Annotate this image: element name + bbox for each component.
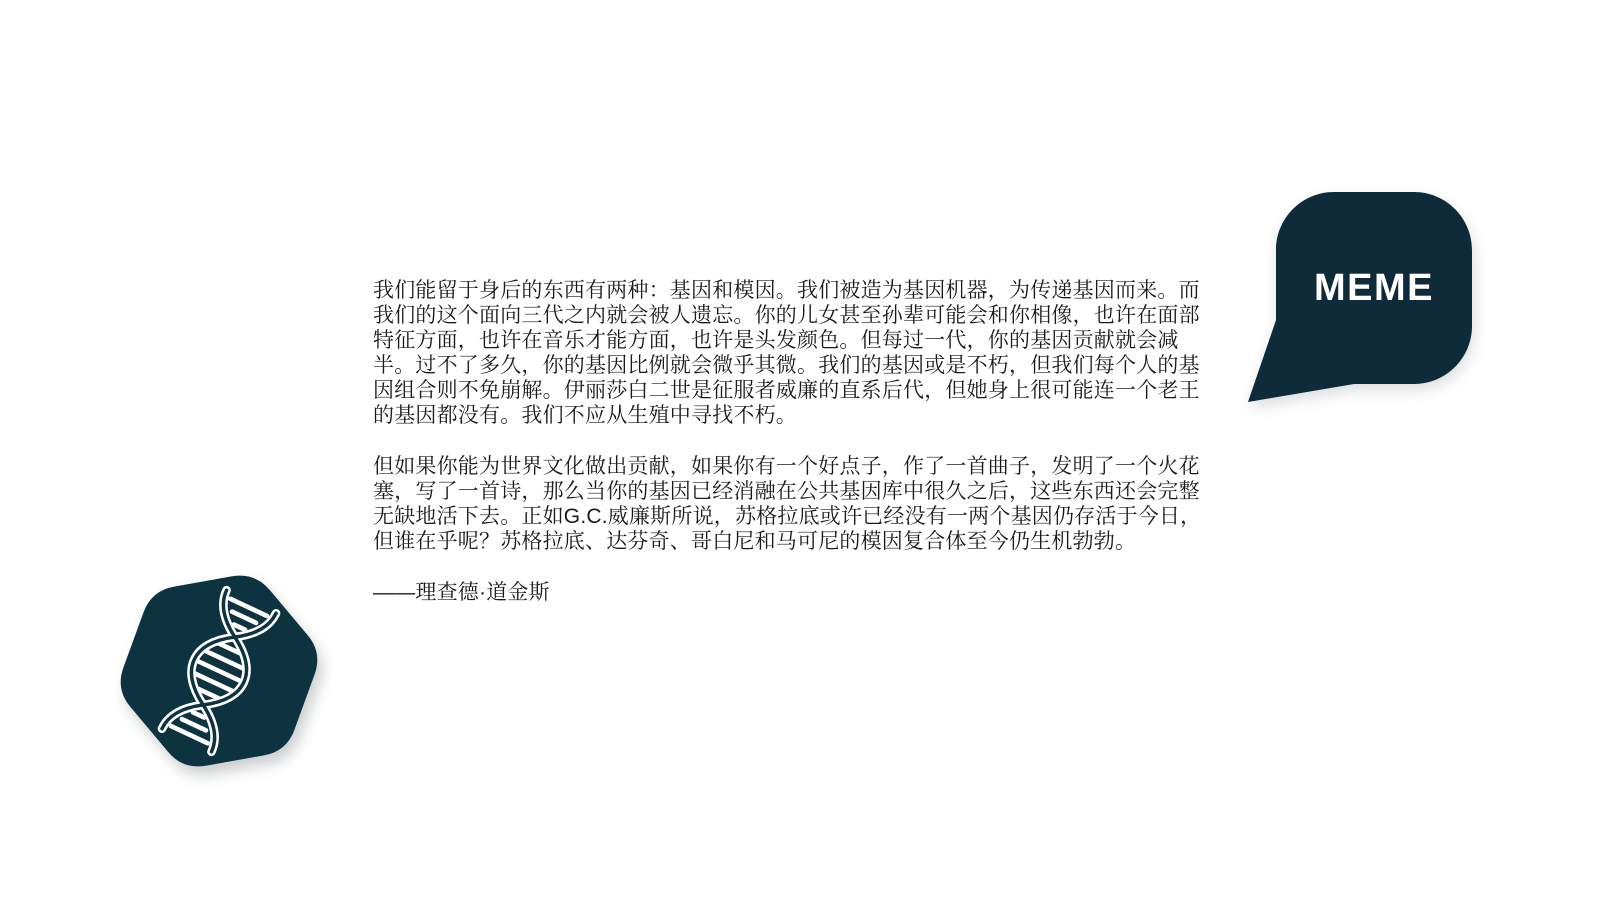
quote-paragraph-1: 我们能留于身后的东西有两种：基因和模因。我们被造为基因机器，为传递基因而来。而我… [373, 278, 1215, 428]
quote-paragraph-2: 但如果你能为世界文化做出贡献，如果你有一个好点子，作了一首曲子，发明了一个火花塞… [373, 454, 1215, 554]
meme-speech-bubble: MEME [1246, 192, 1474, 404]
dna-hexagon-badge [99, 551, 339, 791]
slide-page: 我们能留于身后的东西有两种：基因和模因。我们被造为基因机器，为传递基因而来。而我… [0, 0, 1600, 900]
dna-icon [99, 551, 339, 791]
meme-label: MEME [1276, 192, 1472, 384]
quote-attribution: ——理查德·道金斯 [373, 580, 1215, 605]
quote-block: 我们能留于身后的东西有两种：基因和模因。我们被造为基因机器，为传递基因而来。而我… [373, 278, 1215, 605]
